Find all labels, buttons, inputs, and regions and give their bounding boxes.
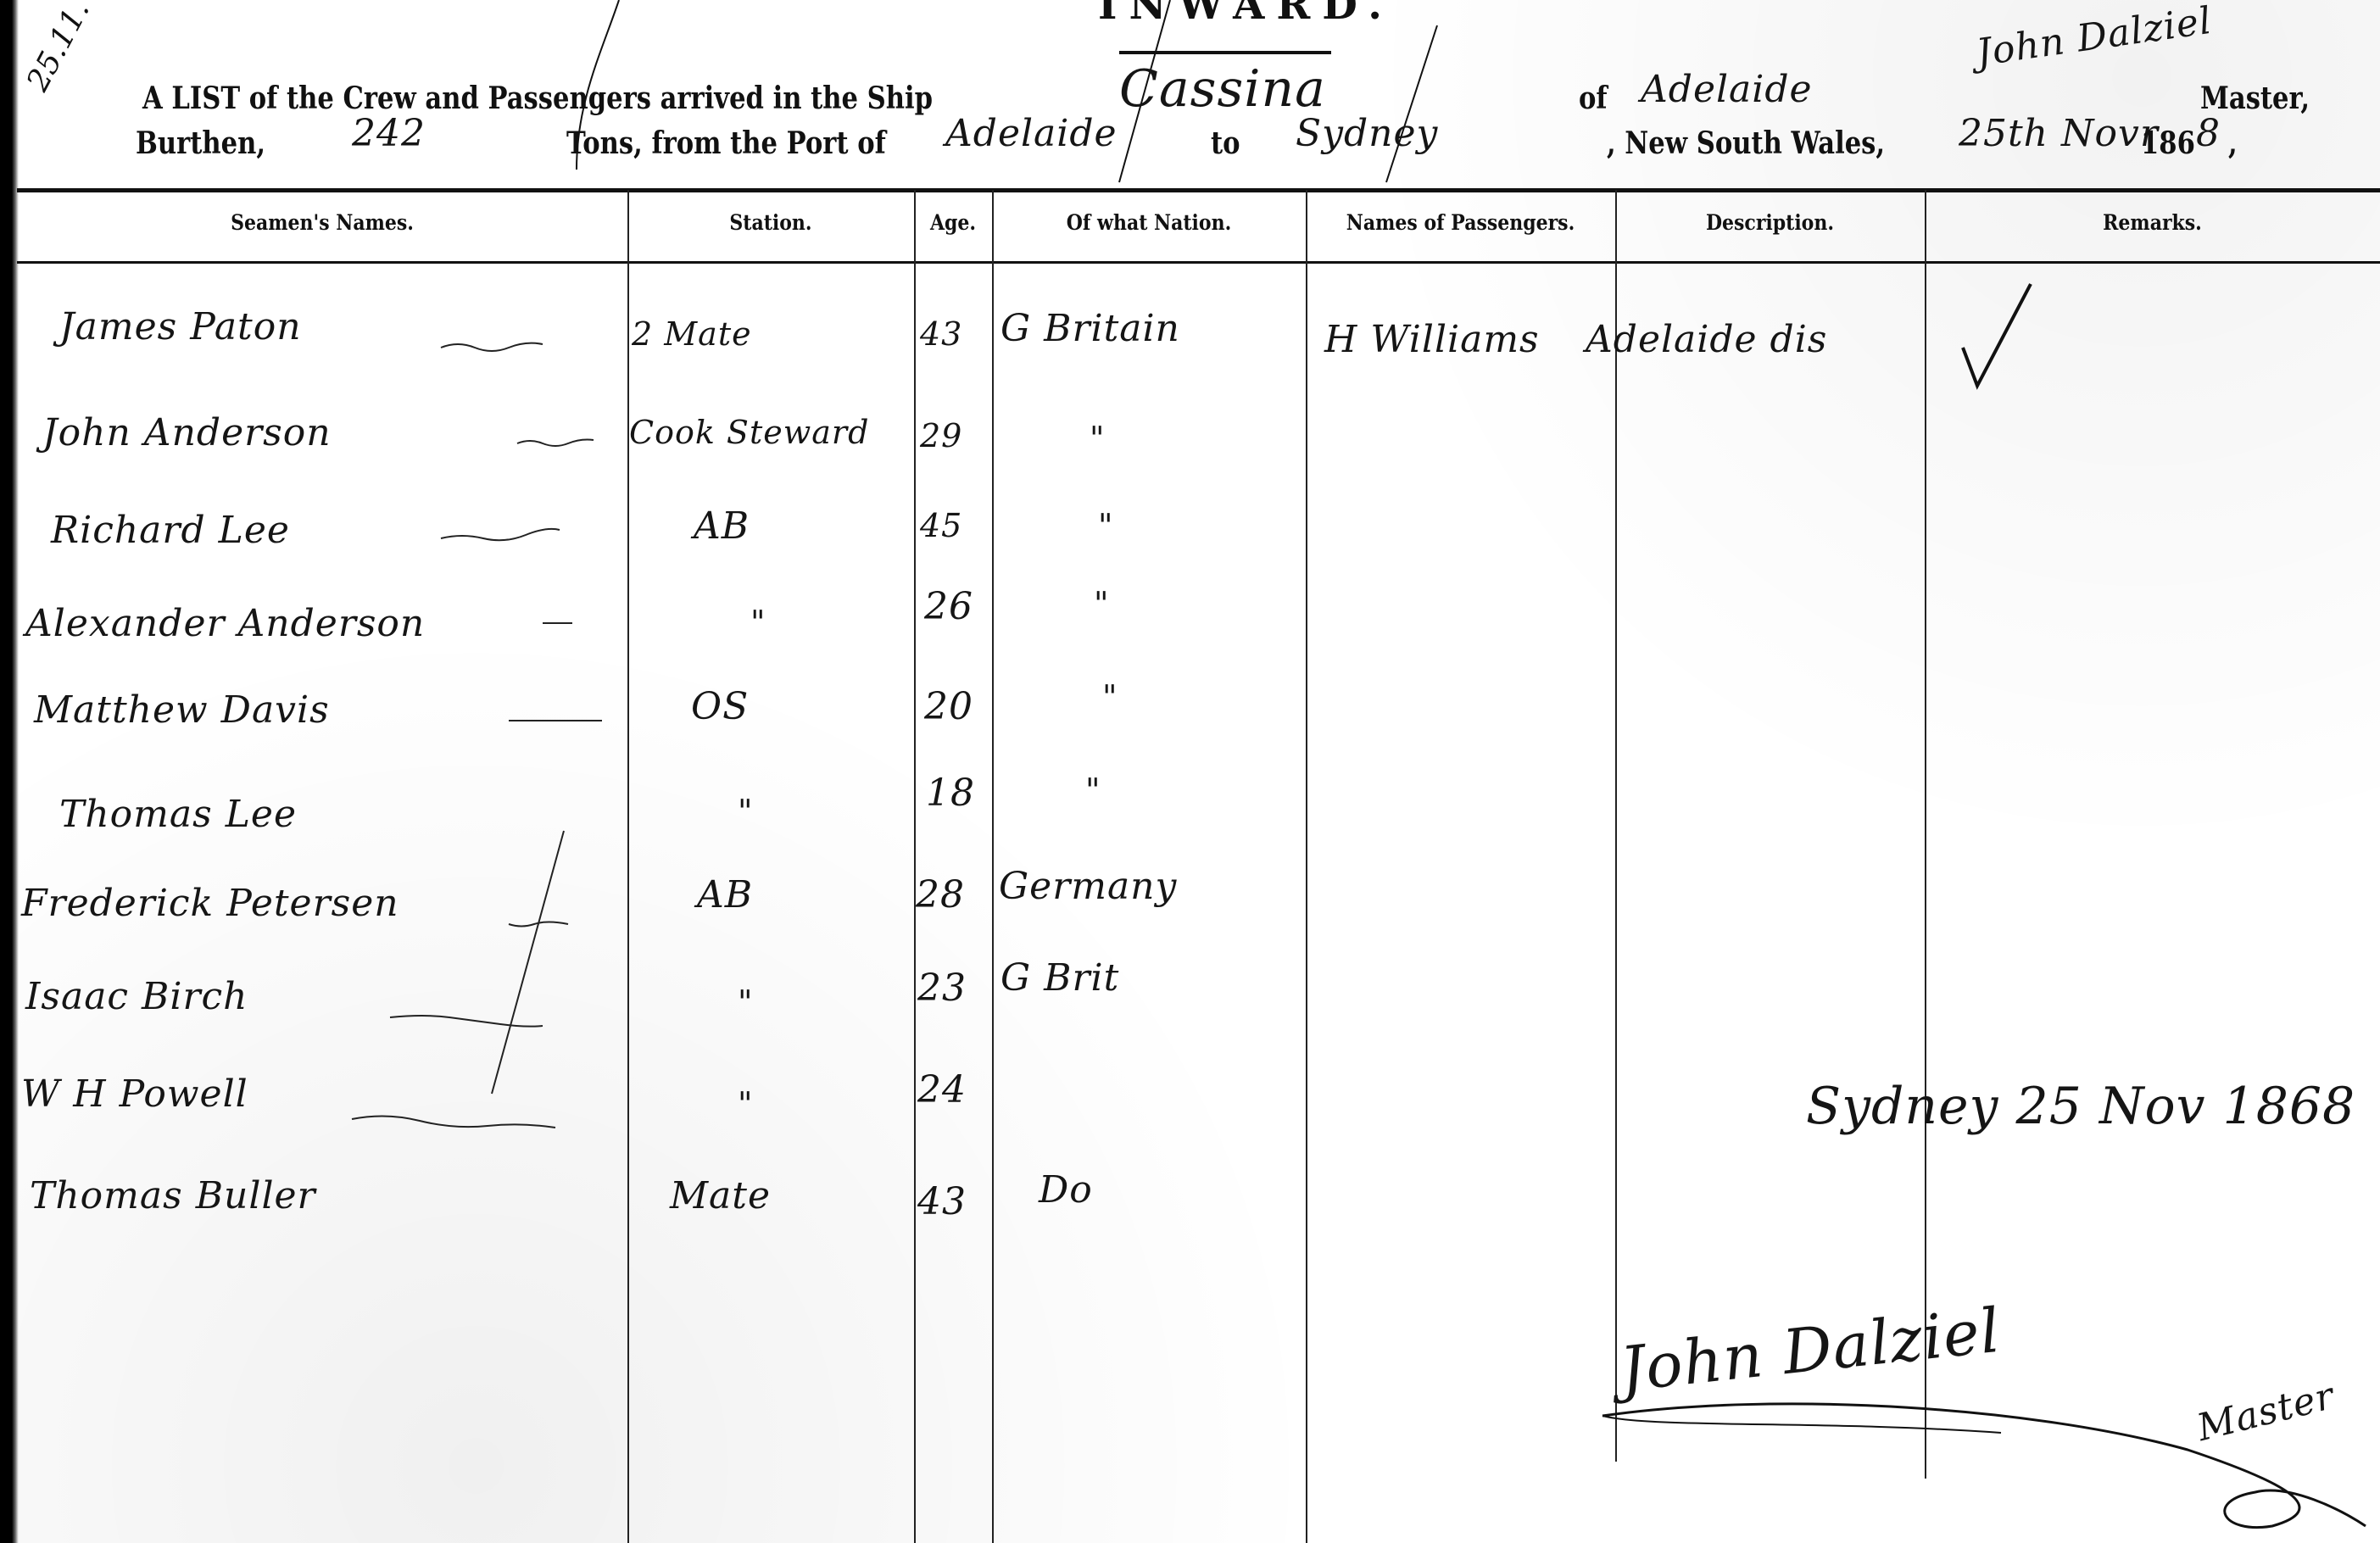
station: Mate bbox=[670, 1174, 771, 1217]
nation: " bbox=[1094, 585, 1109, 622]
column-divider-description bbox=[1615, 190, 1617, 1462]
column-header-nation: Of what Nation. bbox=[1011, 210, 1287, 235]
column-header-passenger-names: Names of Passengers. bbox=[1324, 210, 1597, 235]
column-header-remarks: Remarks. bbox=[1952, 210, 2353, 235]
nation: G Brit bbox=[1000, 956, 1119, 1000]
margin-annotation: 25.11.'68 bbox=[20, 0, 119, 97]
age: 23 bbox=[917, 966, 967, 1010]
arrival-date: 25th Novr bbox=[1959, 112, 2159, 155]
column-divider-station bbox=[627, 190, 629, 1543]
column-header-seamen-names: Seamen's Names. bbox=[53, 210, 591, 235]
station: Cook Steward bbox=[629, 414, 869, 451]
name-trailing-dashes bbox=[0, 254, 627, 1272]
station: 2 Mate bbox=[632, 315, 752, 353]
place-date: Sydney 25 Nov 1868 bbox=[1806, 1077, 2355, 1136]
station: " bbox=[738, 1085, 753, 1122]
burthen-label: Burthen, bbox=[136, 125, 265, 161]
of-label: of bbox=[1579, 81, 1608, 116]
table-top-border bbox=[17, 188, 2380, 192]
column-header-station: Station. bbox=[644, 210, 896, 235]
nation: " bbox=[1098, 507, 1113, 544]
station: " bbox=[738, 983, 753, 1021]
to-port: Sydney bbox=[1296, 112, 1438, 155]
title-prefix: A LIST of the Crew and Passengers arrive… bbox=[142, 81, 933, 116]
station: AB bbox=[697, 873, 753, 916]
master-label: Master, bbox=[2200, 81, 2310, 116]
station: AB bbox=[694, 504, 750, 548]
station: OS bbox=[691, 685, 749, 728]
trailing-comma: , bbox=[2228, 125, 2238, 161]
year-printed: 186 bbox=[2141, 125, 2195, 161]
column-divider-remarks bbox=[1925, 190, 1926, 1479]
nation: " bbox=[1090, 420, 1105, 457]
column-divider-age bbox=[914, 190, 916, 1543]
age: 43 bbox=[920, 315, 962, 353]
age: 18 bbox=[926, 771, 975, 815]
ship-port: Adelaide bbox=[1641, 68, 1813, 111]
age: 45 bbox=[920, 507, 962, 544]
age: 20 bbox=[924, 685, 973, 728]
crew-passenger-list-document: 25.11.'68 INWARD. A LIST of the Crew and… bbox=[0, 0, 2380, 1543]
tons-value: 242 bbox=[352, 112, 426, 155]
remarks-check-icon bbox=[1959, 280, 2035, 390]
station: " bbox=[750, 604, 766, 641]
from-port: Adelaide bbox=[945, 112, 1118, 155]
nation: G Britain bbox=[1000, 307, 1180, 350]
year-handwritten: 8 bbox=[2196, 112, 2221, 155]
age: 28 bbox=[916, 873, 965, 916]
age: 24 bbox=[917, 1068, 967, 1111]
age: 26 bbox=[924, 585, 973, 628]
column-header-age: Age. bbox=[919, 210, 988, 235]
station: " bbox=[738, 793, 753, 830]
to-label: to bbox=[1211, 125, 1240, 161]
master-signature: John Dalziel bbox=[1617, 1295, 2004, 1406]
nation: Do bbox=[1039, 1168, 1093, 1212]
signature-flourish bbox=[1526, 1399, 2374, 1543]
nation: " bbox=[1102, 678, 1118, 716]
passenger-description: Adelaide dis bbox=[1586, 318, 1827, 361]
passenger-name: H Williams bbox=[1324, 318, 1540, 361]
master-name: John Dalziel bbox=[1974, 0, 2215, 75]
age: 43 bbox=[917, 1180, 967, 1223]
ship-name: Cassina bbox=[1119, 59, 1326, 119]
nation: Germany bbox=[999, 865, 1177, 908]
column-divider-nation bbox=[992, 190, 994, 1543]
column-header-description: Description. bbox=[1634, 210, 1906, 235]
nsw-label: , New South Wales, bbox=[1607, 125, 1885, 161]
nation: " bbox=[1085, 771, 1101, 809]
tons-label: Tons, from the Port of bbox=[566, 125, 886, 161]
age: 29 bbox=[920, 417, 962, 454]
column-divider-passengers bbox=[1306, 190, 1307, 1543]
